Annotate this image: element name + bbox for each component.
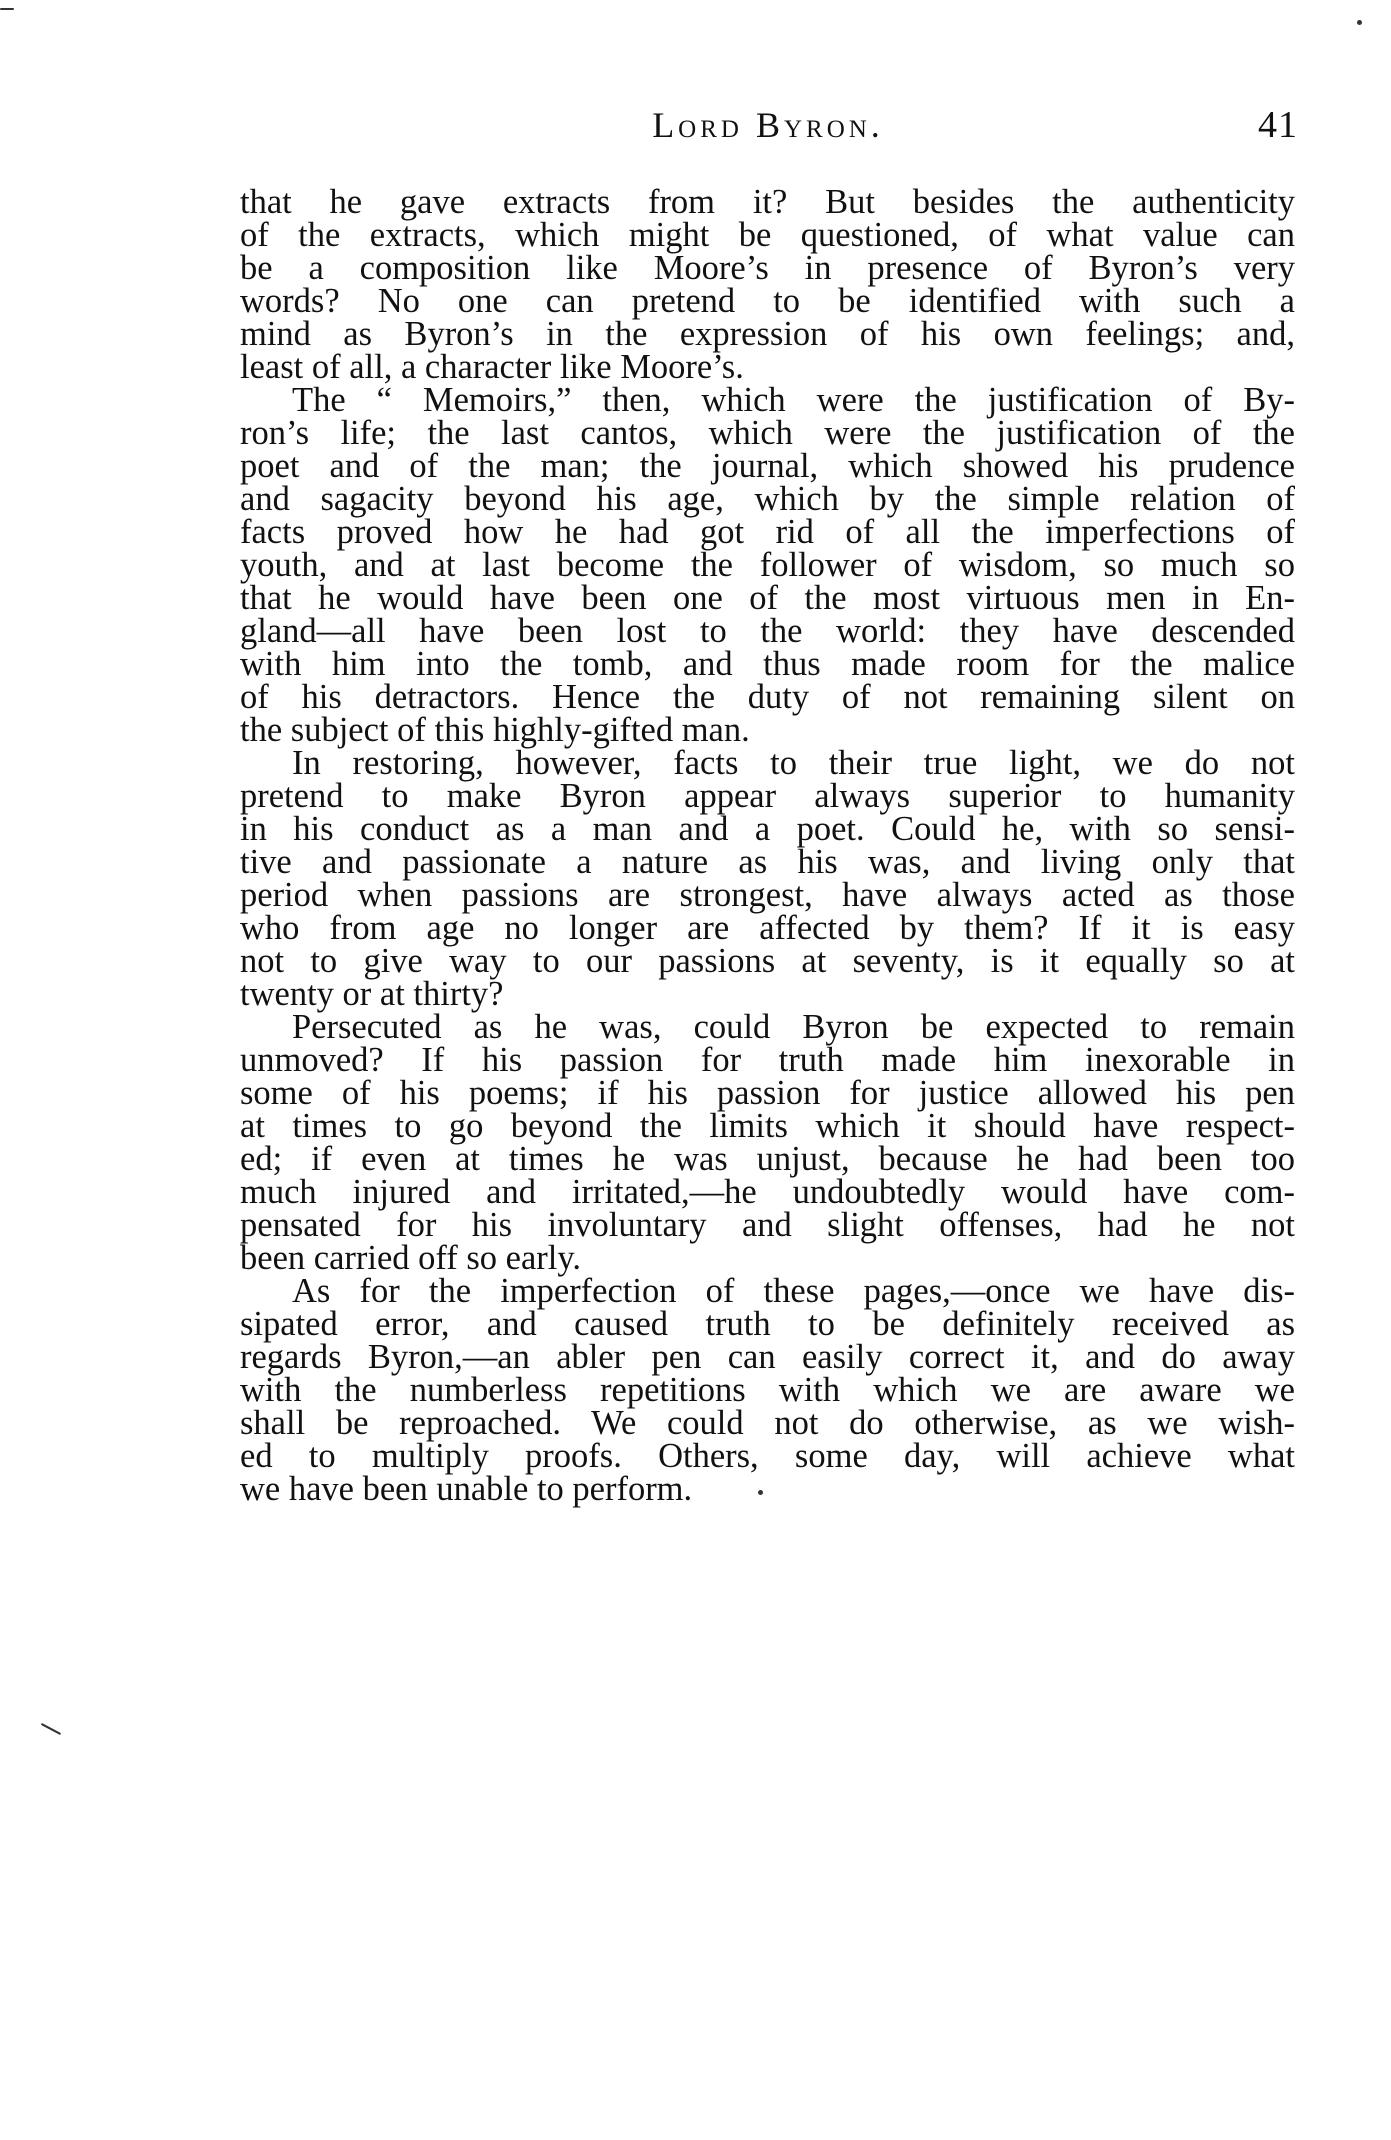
book-page: Lord Byron. 41 that he gave extracts fro… xyxy=(0,0,1391,2140)
scan-speck xyxy=(41,1723,61,1735)
running-title: Lord Byron. xyxy=(238,100,1298,150)
scan-speck xyxy=(1357,20,1362,25)
scan-speck xyxy=(758,1490,763,1495)
text-line: we have been unable to perform. xyxy=(240,1467,1295,1511)
page-number: 41 xyxy=(1258,100,1298,150)
running-head: Lord Byron. 41 xyxy=(238,100,1298,150)
scan-speck xyxy=(0,8,14,10)
